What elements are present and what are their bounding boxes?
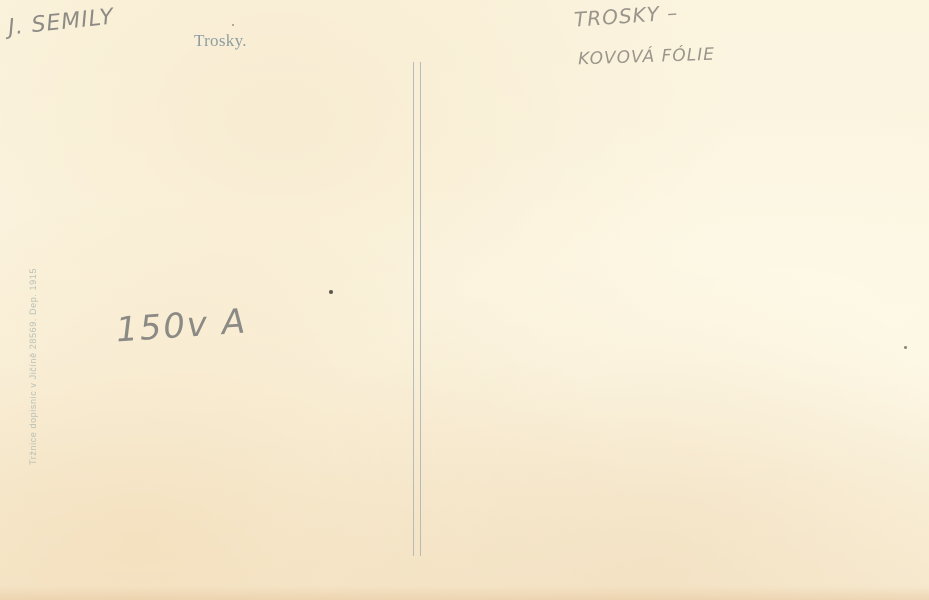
handwritten-catalog-number: 150v A: [115, 301, 249, 350]
paper-speck: [329, 290, 333, 294]
handwritten-note-line1: TROSKY –: [573, 0, 679, 31]
center-divider-line-right: [420, 62, 421, 556]
paper-speck: [232, 24, 234, 26]
paper-speck: [904, 346, 907, 349]
center-divider-line-left: [413, 62, 414, 556]
printed-title: Trosky.: [194, 31, 247, 51]
handwritten-location-note: J. SEMILY: [7, 5, 115, 41]
postcard-back: J. SEMILY Trosky. TROSKY – KOVOVÁ FÓLIE …: [0, 0, 929, 600]
worn-bottom-edge: [0, 586, 929, 600]
printer-imprint: Tržnice dopisnic v Jičíně 28569. Dep. 19…: [28, 268, 38, 465]
handwritten-note-line2: KOVOVÁ FÓLIE: [578, 45, 716, 70]
